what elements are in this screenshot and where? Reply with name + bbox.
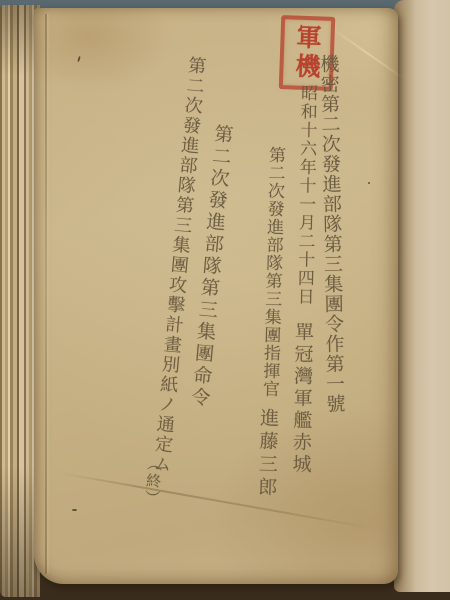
paper-speck [368, 182, 370, 184]
place-ship-text: 單冠灣軍艦赤城 [289, 322, 314, 476]
issuer-name-text: 進藤三郎 [255, 408, 279, 501]
underlying-page [394, 0, 450, 592]
date-text: 昭和十六年十一月二十四日 [293, 84, 317, 306]
paper-speck [72, 509, 77, 511]
end-mark: （終） [142, 455, 162, 507]
book-photo: 軍機 機密第二次發進部隊第三集團令作第一號 昭和十六年十一月二十四日單冠灣軍艦赤… [0, 0, 450, 600]
